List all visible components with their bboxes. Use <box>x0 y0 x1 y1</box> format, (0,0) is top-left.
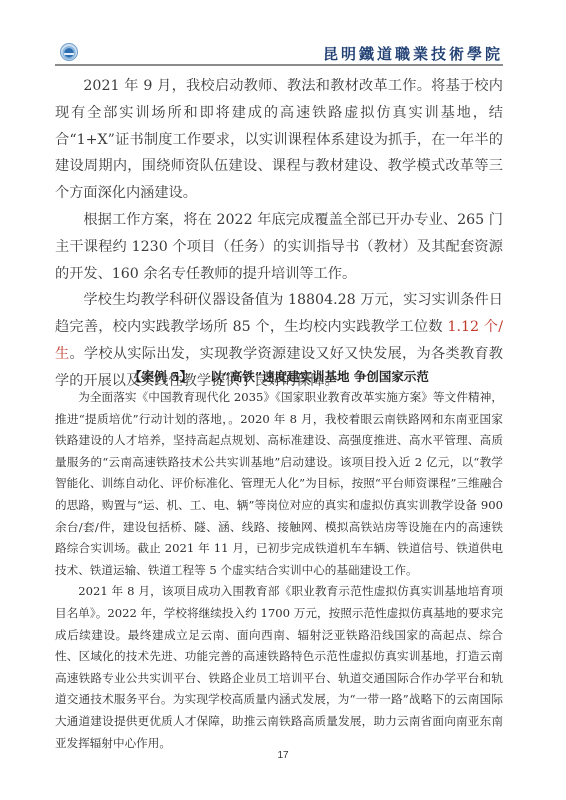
school-name: 昆明鐵道職業技術學院 <box>323 43 503 64</box>
case-title: 以“高铁”速度建实训基地 争创国家示范 <box>210 369 429 384</box>
paragraph-reform: 2021 年 9 月，我校启动教师、教法和教材改革工作。将基于校内现有全部实训场… <box>55 73 503 207</box>
case-tag: 【案例 5】 <box>129 369 192 384</box>
paragraph-equipment-before: 学校生均教学科研仪器设备值为 18804.28 万元，实习实训条件日趋完善，校内… <box>55 292 503 335</box>
header-divider <box>55 64 503 66</box>
main-body: 2021 年 9 月，我校启动教师、教法和教材改革工作。将基于校内现有全部实训场… <box>55 73 503 395</box>
case-body: 为全面落实《中国教育现代化 2035》《国家职业教育改革实施方案》等文件精神，推… <box>55 387 503 754</box>
case-heading: 【案例 5】以“高铁”速度建实训基地 争创国家示范 <box>55 367 503 385</box>
paragraph-plan: 根据工作方案，将在 2022 年底完成覆盖全部已开办专业、265 门主干课程约 … <box>55 207 503 287</box>
page-number: 17 <box>0 750 566 761</box>
page-header: 昆明鐵道職業技術學院 <box>55 40 503 66</box>
case-paragraph: 为全面落实《中国教育现代化 2035》《国家职业教育改革实施方案》等文件精神，推… <box>55 387 503 581</box>
case-paragraph: 2021 年 8 月，该项目成功入围教育部《职业教育示范性虚拟仿真实训基地培育项… <box>55 581 503 754</box>
school-emblem-icon <box>60 43 78 61</box>
